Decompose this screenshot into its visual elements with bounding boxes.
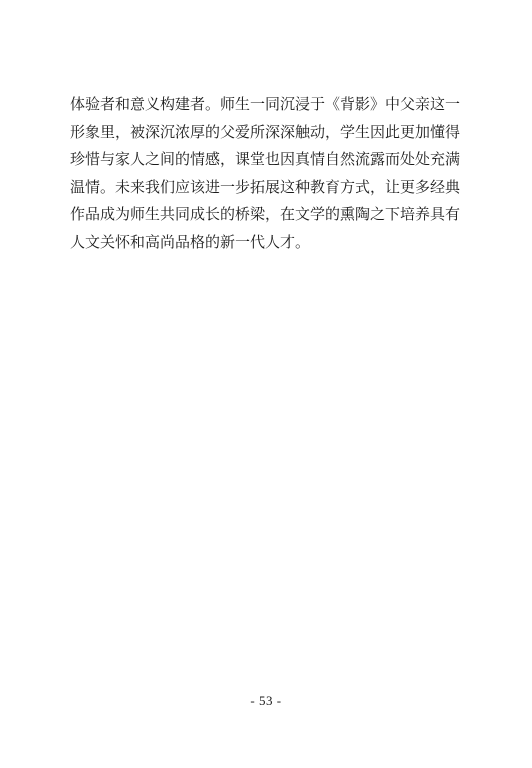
paragraph-line: 温情。未来我们应该进一步拓展这种教育方式，让更多经典 <box>70 175 460 203</box>
paragraph-line: 形象里，被深沉浓厚的父爱所深深触动，学生因此更加懂得 <box>70 120 460 148</box>
page-number: - 53 - <box>0 692 532 710</box>
paragraph-line: 人文关怀和高尚品格的新一代人才。 <box>70 230 460 258</box>
document-page: 体验者和意义构建者。师生一同沉浸于《背影》中父亲这一 形象里，被深沉浓厚的父爱所… <box>0 0 532 768</box>
paragraph-line: 作品成为师生共同成长的桥梁，在文学的熏陶之下培养具有 <box>70 202 460 230</box>
paragraph-line: 体验者和意义构建者。师生一同沉浸于《背影》中父亲这一 <box>70 92 460 120</box>
paragraph-line: 珍惜与家人之间的情感，课堂也因真情自然流露而处处充满 <box>70 147 460 175</box>
body-paragraph: 体验者和意义构建者。师生一同沉浸于《背影》中父亲这一 形象里，被深沉浓厚的父爱所… <box>70 92 460 257</box>
